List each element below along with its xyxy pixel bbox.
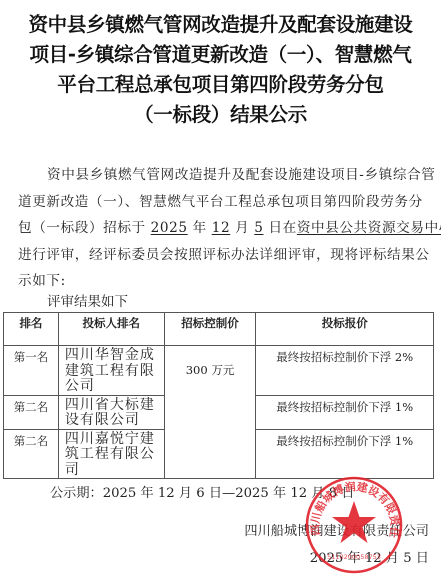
quote-cell: 最终按招标控制价下浮 1% <box>256 395 434 429</box>
rank-cell: 第一名 <box>4 346 59 396</box>
body-line-3: 包（一标段）招标于 2025 年 12 月 5 日在资中县公共资源交易中心 <box>18 215 430 242</box>
control-price-cell: 300 万元 <box>164 346 256 479</box>
bid-month-unit: 月 <box>235 220 249 236</box>
bidder-cell: 四川省大标建设有限公司 <box>58 395 164 429</box>
header-rank: 排名 <box>4 313 59 346</box>
bid-year: 2025 <box>151 220 188 236</box>
bidder-cell: 四川华智金成建筑工程有限公司 <box>58 346 164 396</box>
seal-number: 5110200058753 <box>327 553 381 561</box>
quote-cell: 最终按招标控制价下浮 1% <box>256 429 434 479</box>
rank-cell: 第二名 <box>4 429 59 479</box>
quote-cell: 最终按招标控制价下浮 2% <box>256 346 434 396</box>
body-line-1: 资中县乡镇燃气管网改造提升及配套设施建设项目-乡镇综合管 <box>18 162 430 189</box>
title-line-3: 平台工程总承包项目第四阶段劳务分包 <box>0 70 441 100</box>
bid-day: 5 <box>254 220 263 236</box>
bid-month: 12 <box>212 220 231 236</box>
bid-year-unit: 年 <box>193 220 207 236</box>
table-header-row: 排名 投标人排名 招标控制价 投标报价 <box>4 313 434 346</box>
bid-day-unit: 日在 <box>268 220 296 236</box>
table-row: 第一名 四川华智金成建筑工程有限公司 300 万元 最终按招标控制价下浮 2% <box>4 346 434 396</box>
body-paragraph: 资中县乡镇燃气管网改造提升及配套设施建设项目-乡镇综合管 道更新改造（一）、智慧… <box>18 162 430 295</box>
header-bidder: 投标人排名 <box>58 313 164 346</box>
header-quote: 投标报价 <box>256 313 434 346</box>
header-control-price: 招标控制价 <box>164 313 256 346</box>
rank-cell: 第二名 <box>4 395 59 429</box>
bidder-cell: 四川嘉悦宁建筑工程有限公司 <box>58 429 164 479</box>
document-title: 资中县乡镇燃气管网改造提升及配套设施建设 项目-乡镇综合管道更新改造（一）、智慧… <box>0 10 441 130</box>
company-seal-icon: 四川船城博润建设有限责任公司 5110200058753 <box>298 473 410 577</box>
title-line-2: 项目-乡镇综合管道更新改造（一）、智慧燃气 <box>0 40 441 70</box>
body-line-4: 进行评审，经评标委员会按照评标办法详细评审，现将评标结果公 <box>18 242 430 269</box>
results-table: 排名 投标人排名 招标控制价 投标报价 第一名 四川华智金成建筑工程有限公司 3… <box>3 312 434 479</box>
bid-venue: 资中县公共资源交易中心 <box>297 220 441 236</box>
body-line-3-prefix: 包（一标段）招标于 <box>18 220 146 236</box>
title-line-4: （一标段）结果公示 <box>0 100 441 130</box>
results-heading: 评审结果如下 <box>47 290 128 310</box>
body-line-2: 道更新改造（一）、智慧燃气平台工程总承包项目第四阶段劳务分 <box>18 189 430 216</box>
title-line-1: 资中县乡镇燃气管网改造提升及配套设施建设 <box>0 10 441 40</box>
